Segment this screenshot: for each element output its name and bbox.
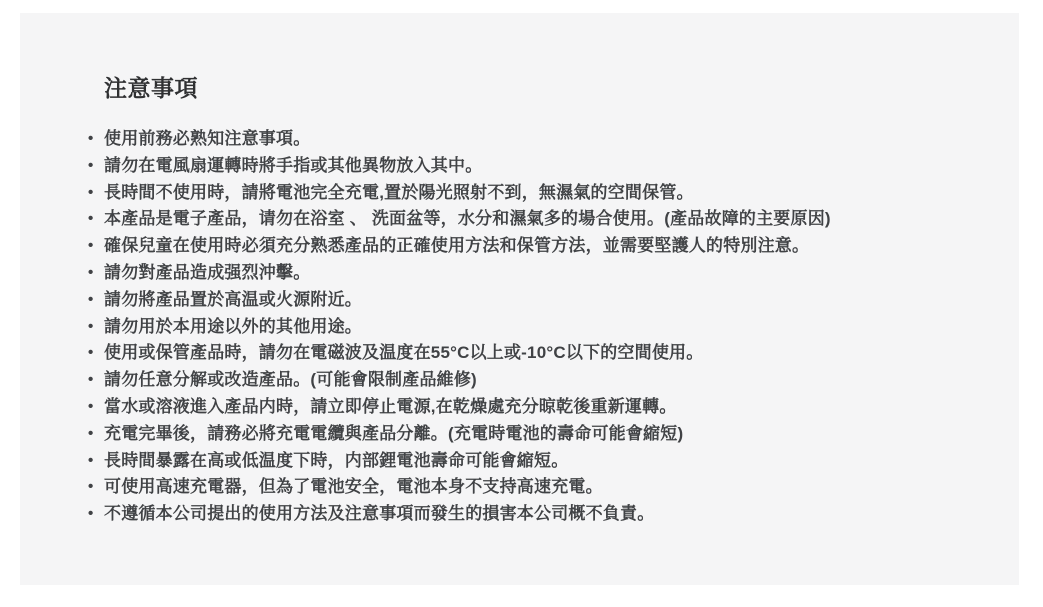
notice-item-text: 長時間暴露在高或低温度下時，内部鋰電池壽命可能會縮短。	[104, 451, 568, 470]
bullet-icon: •	[88, 153, 93, 180]
notice-list: •使用前務必熟知注意事項。 •請勿在電風扇運轉時將手指或其他異物放入其中。 •長…	[88, 126, 979, 528]
notice-item: •請勿任意分解或改造產品。(可能會限制產品維修)	[88, 367, 979, 394]
bullet-icon: •	[88, 233, 93, 260]
bullet-icon: •	[88, 314, 93, 341]
notice-item-text: 使用或保管產品時，請勿在電磁波及温度在55°C以上或-10°C以下的空間使用。	[104, 343, 703, 362]
bullet-icon: •	[88, 367, 93, 394]
bullet-icon: •	[88, 260, 93, 287]
bullet-icon: •	[88, 394, 93, 421]
bullet-icon: •	[88, 448, 93, 475]
notice-item: •充電完畢後，請務必將充電電纜與產品分離。(充電時電池的壽命可能會縮短)	[88, 421, 979, 448]
bullet-icon: •	[88, 287, 93, 314]
bullet-icon: •	[88, 180, 93, 207]
notice-item-text: 使用前務必熟知注意事項。	[104, 129, 310, 148]
page-title: 注意事項	[104, 75, 979, 101]
notice-item: •當水或溶液進入產品内時，請立即停止電源,在乾燥處充分晾乾後重新運轉。	[88, 394, 979, 421]
bullet-icon: •	[88, 501, 93, 528]
notice-item: •長時間暴露在高或低温度下時，内部鋰電池壽命可能會縮短。	[88, 448, 979, 475]
notice-item: •請勿在電風扇運轉時將手指或其他異物放入其中。	[88, 153, 979, 180]
notice-item: •可使用高速充電器，但為了電池安全，電池本身不支持高速充電。	[88, 474, 979, 501]
bullet-icon: •	[88, 126, 93, 153]
notice-item-text: 請勿對產品造成强烈沖擊。	[104, 263, 310, 282]
notice-item-text: 長時間不使用時，請將電池完全充電,置於陽光照射不到，無濕氣的空間保管。	[104, 183, 694, 202]
notice-item-text: 請勿用於本用途以外的其他用途。	[104, 317, 362, 336]
bullet-icon: •	[88, 340, 93, 367]
notice-panel: 注意事項 •使用前務必熟知注意事項。 •請勿在電風扇運轉時將手指或其他異物放入其…	[20, 13, 1019, 585]
notice-item: •確保兒童在使用時必須充分熟悉產品的正確使用方法和保管方法，並需要堅護人的特別注…	[88, 233, 979, 260]
notice-item: •使用或保管產品時，請勿在電磁波及温度在55°C以上或-10°C以下的空間使用。	[88, 340, 979, 367]
notice-item-text: 不遵循本公司提出的使用方法及注意事項而發生的損害本公司概不負責。	[104, 504, 654, 523]
notice-item: •請勿對產品造成强烈沖擊。	[88, 260, 979, 287]
notice-item-text: 請勿將產品置於高温或火源附近。	[104, 290, 362, 309]
notice-item-text: 確保兒童在使用時必須充分熟悉產品的正確使用方法和保管方法，並需要堅護人的特別注意…	[104, 236, 809, 255]
notice-item-text: 當水或溶液進入產品内時，請立即停止電源,在乾燥處充分晾乾後重新運轉。	[104, 397, 677, 416]
bullet-icon: •	[88, 421, 93, 448]
bullet-icon: •	[88, 206, 93, 233]
notice-item: •請勿將產品置於高温或火源附近。	[88, 287, 979, 314]
notice-item: •長時間不使用時，請將電池完全充電,置於陽光照射不到，無濕氣的空間保管。	[88, 180, 979, 207]
notice-item: •使用前務必熟知注意事項。	[88, 126, 979, 153]
notice-item: •本產品是電子產品，请勿在浴室 、 洗面盆等，水分和濕氣多的場合使用。(產品故障…	[88, 206, 979, 233]
bullet-icon: •	[88, 474, 93, 501]
notice-item: •請勿用於本用途以外的其他用途。	[88, 314, 979, 341]
notice-item-text: 充電完畢後，請務必將充電電纜與產品分離。(充電時電池的壽命可能會縮短)	[104, 424, 683, 443]
notice-content: 注意事項 •使用前務必熟知注意事項。 •請勿在電風扇運轉時將手指或其他異物放入其…	[20, 13, 1019, 528]
notice-item-text: 請勿在電風扇運轉時將手指或其他異物放入其中。	[104, 156, 482, 175]
notice-item-text: 請勿任意分解或改造產品。(可能會限制產品維修)	[104, 370, 477, 389]
notice-item: •不遵循本公司提出的使用方法及注意事項而發生的損害本公司概不負責。	[88, 501, 979, 528]
notice-item-text: 可使用高速充電器，但為了電池安全，電池本身不支持高速充電。	[104, 477, 603, 496]
page: 注意事項 •使用前務必熟知注意事項。 •請勿在電風扇運轉時將手指或其他異物放入其…	[0, 0, 1043, 607]
notice-item-text: 本產品是電子產品，请勿在浴室 、 洗面盆等，水分和濕氣多的場合使用。(產品故障的…	[104, 209, 831, 228]
